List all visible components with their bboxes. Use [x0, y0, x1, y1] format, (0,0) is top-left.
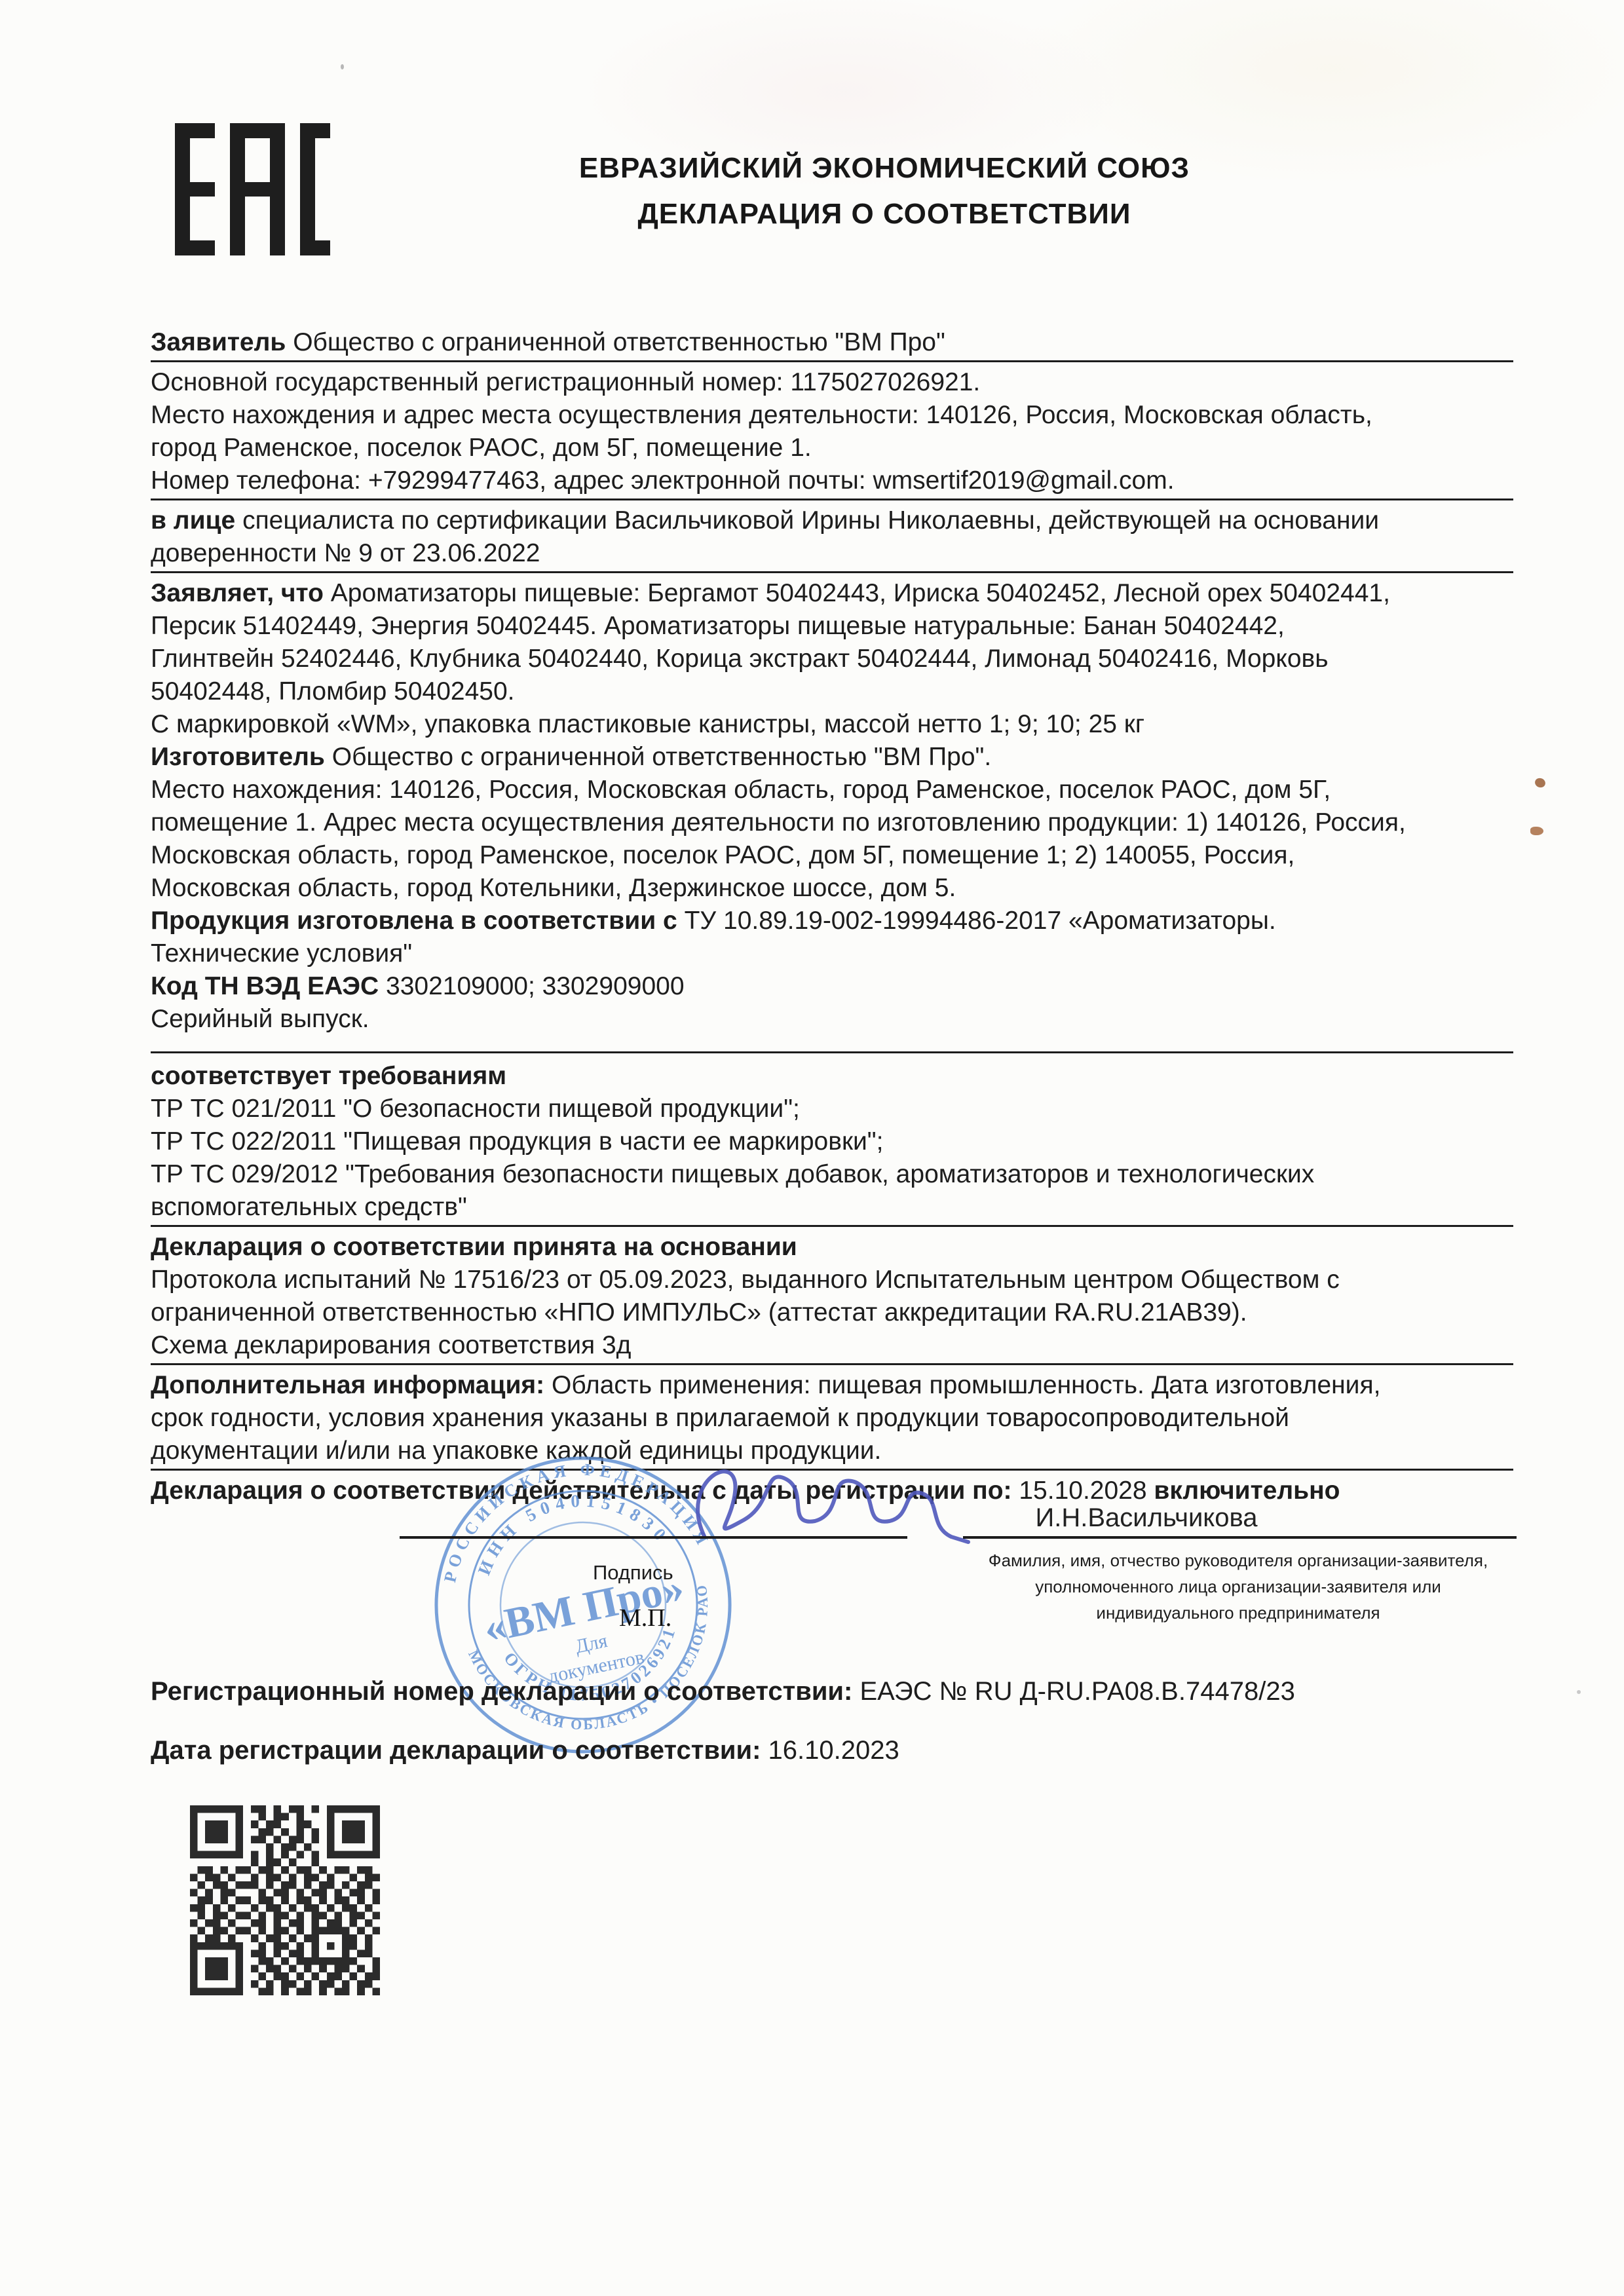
- signature-line: [400, 1536, 907, 1539]
- signer-caption-line1: Фамилия, имя, отчество руководителя орга…: [953, 1547, 1523, 1573]
- document-line: Заявитель Общество с ограниченной ответс…: [151, 326, 1513, 362]
- document-line: 50402448, Пломбир 50402450.: [151, 675, 1513, 708]
- document-line: Дополнительная информация: Область приме…: [151, 1369, 1513, 1402]
- document-line: ТР ТС 029/2012 "Требования безопасности …: [151, 1158, 1513, 1191]
- document-line: Изготовитель Общество с ограниченной отв…: [151, 741, 1513, 774]
- document-line: ТР ТС 021/2011 "О безопасности пищевой п…: [151, 1093, 1513, 1125]
- document-line: Продукция изготовлена в соответствии с Т…: [151, 905, 1513, 937]
- registration-number-value: ЕАЭС № RU Д-RU.РА08.В.74478/23: [859, 1677, 1294, 1706]
- seal-placeholder-label: М.П.: [619, 1604, 671, 1632]
- document-line: Технические условия": [151, 937, 1513, 970]
- handwritten-signature: [649, 1441, 989, 1559]
- document-line: помещение 1. Адрес места осуществления д…: [151, 806, 1513, 839]
- document-line: Место нахождения и адрес места осуществл…: [151, 399, 1513, 432]
- document-line: вспомогательных средств": [151, 1191, 1513, 1227]
- qr-code: [190, 1805, 380, 1995]
- document-line: срок годности, условия хранения указаны …: [151, 1402, 1513, 1435]
- document-line: Заявляет, что Ароматизаторы пищевые: Бер…: [151, 577, 1513, 610]
- registration-date-value: 16.10.2023: [768, 1736, 899, 1765]
- document-line: Московская область, город Котельники, Дз…: [151, 872, 1513, 905]
- declaration-body: Заявитель Общество с ограниченной ответс…: [151, 326, 1513, 1507]
- signer-caption-line2: уполномоченного лица организации-заявите…: [953, 1573, 1523, 1600]
- document-line: доверенности № 9 от 23.06.2022: [151, 537, 1513, 573]
- document-line: Глинтвейн 52402446, Клубника 50402440, К…: [151, 643, 1513, 675]
- document-line: Серийный выпуск.: [151, 1003, 1513, 1053]
- signer-caption: Фамилия, имя, отчество руководителя орга…: [953, 1547, 1523, 1626]
- signer-name: И.Н.Васильчикова: [963, 1503, 1330, 1533]
- document-line: Схема декларирования соответствия 3д: [151, 1329, 1513, 1365]
- signature-label: Подпись: [593, 1561, 673, 1585]
- scan-speck: [1577, 1690, 1581, 1694]
- document-line: ТР ТС 022/2011 "Пищевая продукция в част…: [151, 1125, 1513, 1158]
- document-line: Московская область, город Раменское, пос…: [151, 839, 1513, 872]
- title-line-union: ЕВРАЗИЙСКИЙ ЭКОНОМИЧЕСКИЙ СОЮЗ: [452, 145, 1317, 191]
- document-line: ограниченной ответственностью «НПО ИМПУЛ…: [151, 1296, 1513, 1329]
- document-line: С маркировкой «WM», упаковка пластиковые…: [151, 708, 1513, 741]
- document-line: в лице специалиста по сертификации Васил…: [151, 504, 1513, 537]
- registration-date-row: Дата регистрации декларации о соответств…: [151, 1736, 899, 1765]
- registration-number-label: Регистрационный номер декларации о соотв…: [151, 1677, 859, 1706]
- declaration-document: ЕВРАЗИЙСКИЙ ЭКОНОМИЧЕСКИЙ СОЮЗ ДЕКЛАРАЦИ…: [0, 0, 1624, 2296]
- signer-caption-line3: индивидуального предпринимателя: [953, 1600, 1523, 1626]
- registration-date-label: Дата регистрации декларации о соответств…: [151, 1736, 768, 1765]
- document-line: Код ТН ВЭД ЕАЭС 3302109000; 3302909000: [151, 970, 1513, 1003]
- title-line-declaration: ДЕКЛАРАЦИЯ О СООТВЕТСТВИИ: [452, 191, 1317, 237]
- document-line: Место нахождения: 140126, Россия, Москов…: [151, 774, 1513, 806]
- document-line: Номер телефона: +79299477463, адрес элек…: [151, 464, 1513, 500]
- eac-logo: [175, 123, 330, 255]
- document-line: город Раменское, поселок РАОС, дом 5Г, п…: [151, 432, 1513, 464]
- document-line: Протокола испытаний № 17516/23 от 05.09.…: [151, 1264, 1513, 1296]
- document-line: Основной государственный регистрационный…: [151, 366, 1513, 399]
- document-title: ЕВРАЗИЙСКИЙ ЭКОНОМИЧЕСКИЙ СОЮЗ ДЕКЛАРАЦИ…: [452, 145, 1317, 237]
- registration-number-row: Регистрационный номер декларации о соотв…: [151, 1677, 1295, 1706]
- document-line: Персик 51402449, Энергия 50402445. Арома…: [151, 610, 1513, 643]
- document-line: Декларация о соответствии принята на осн…: [151, 1231, 1513, 1264]
- scan-speck: [341, 64, 344, 69]
- document-line: соответствует требованиям: [151, 1060, 1513, 1093]
- scan-speck: [1530, 827, 1543, 835]
- scan-speck: [1534, 777, 1547, 789]
- signer-name-line: [963, 1536, 1517, 1539]
